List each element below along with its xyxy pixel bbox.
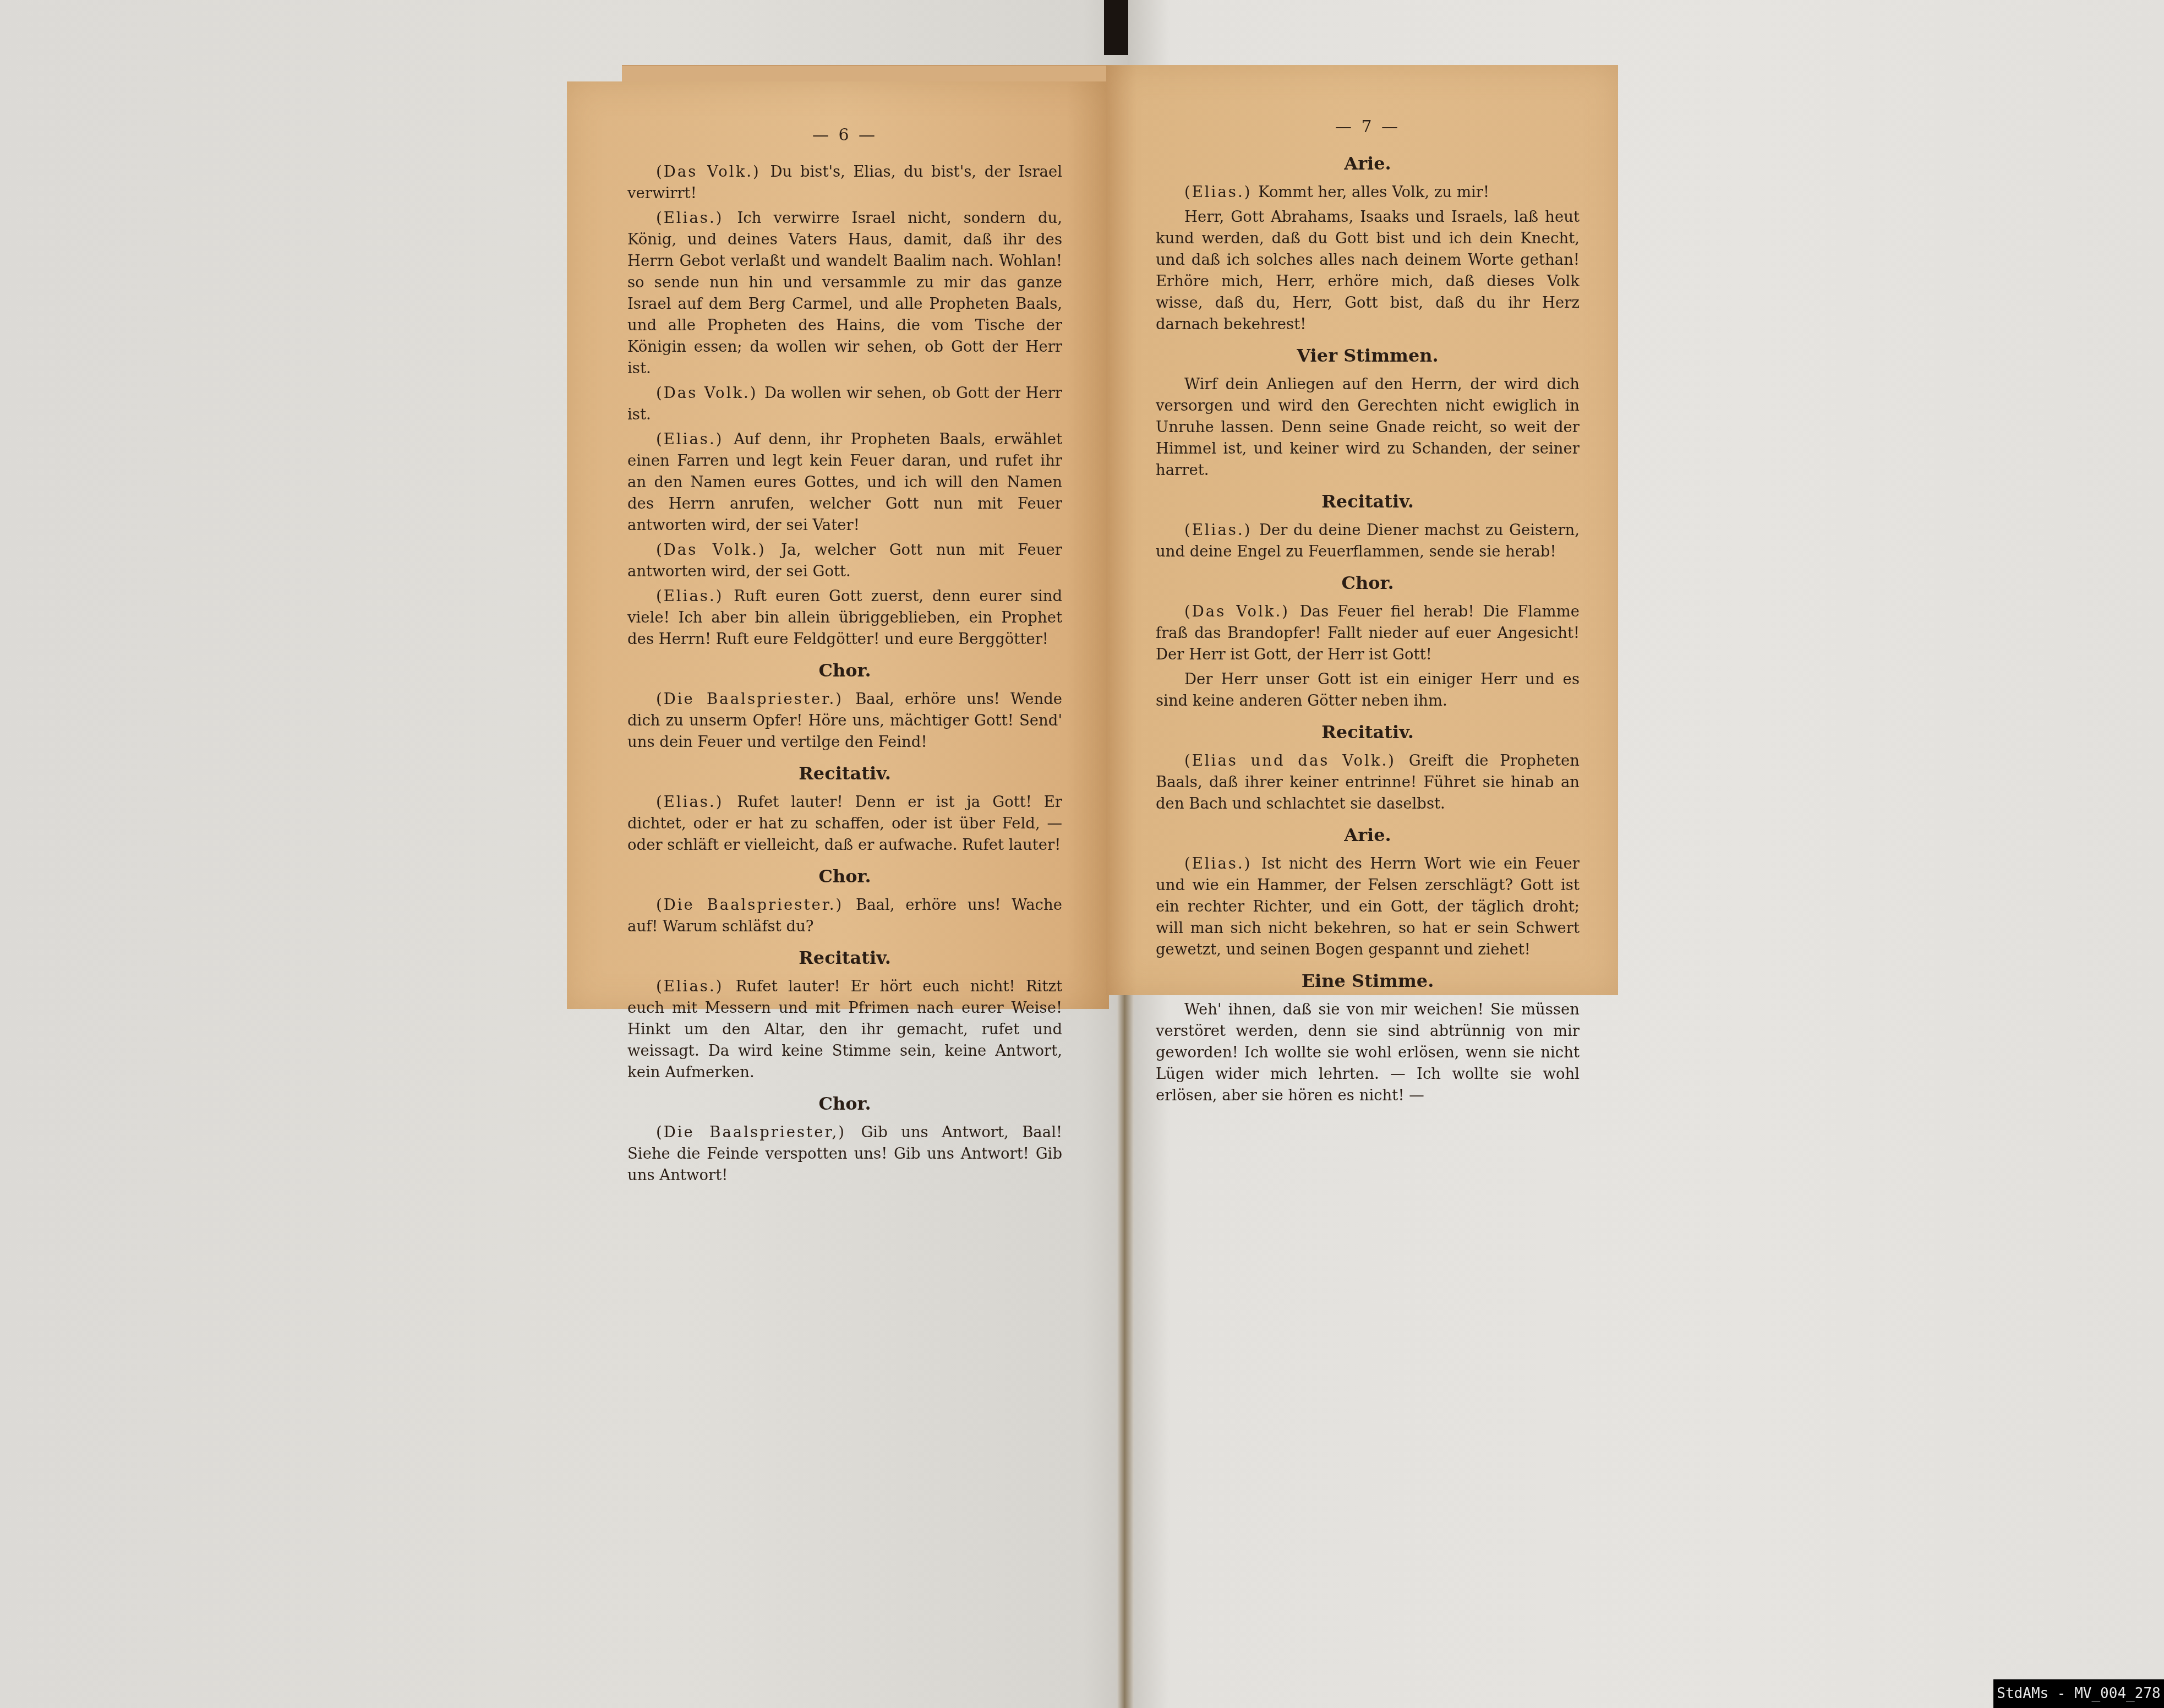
section-heading: Chor. bbox=[627, 660, 1062, 681]
section-heading: Arie. bbox=[1156, 153, 1580, 174]
paragraph-text: Der Herr unser Gott ist ein einiger Herr… bbox=[1156, 670, 1580, 710]
speaker-label: (Das Volk.) bbox=[1184, 603, 1300, 620]
page-6-text-blocks: (Das Volk.) Du bist's, Elias, du bist's,… bbox=[627, 161, 1062, 1186]
libretto-paragraph: (Die Baalspriester,) Gib uns Antwort, Ba… bbox=[627, 1122, 1062, 1186]
libretto-paragraph: Wirf dein Anliegen auf den Herrn, der wi… bbox=[1156, 374, 1580, 481]
section-heading: Chor. bbox=[627, 1093, 1062, 1114]
libretto-paragraph: (Elias.) Auf denn, ihr Propheten Baals, … bbox=[627, 429, 1062, 536]
page-number: — 7 — bbox=[1156, 117, 1580, 137]
libretto-paragraph: (Die Baalspriester.) Baal, erhöre uns! W… bbox=[627, 894, 1062, 937]
libretto-paragraph: (Das Volk.) Da wollen wir sehen, ob Gott… bbox=[627, 383, 1062, 425]
page-7-text-blocks: Arie.(Elias.) Kommt her, alles Volk, zu … bbox=[1156, 153, 1580, 1106]
speaker-label: (Elias.) bbox=[1184, 521, 1259, 539]
speaker-label: (Die Baalspriester,) bbox=[656, 1123, 861, 1141]
paragraph-text: Weh' ihnen, daß sie von mir weichen! Sie… bbox=[1156, 1001, 1580, 1104]
libretto-paragraph: (Elias.) Rufet lauter! Er hört euch nich… bbox=[627, 976, 1062, 1083]
section-heading: Chor. bbox=[627, 866, 1062, 887]
page-number: — 6 — bbox=[627, 125, 1062, 145]
speaker-label: (Elias.) bbox=[656, 793, 737, 811]
speaker-label: (Die Baalspriester.) bbox=[656, 690, 855, 708]
section-heading: Vier Stimmen. bbox=[1156, 345, 1580, 366]
section-heading: Recitativ. bbox=[1156, 491, 1580, 512]
section-heading: Chor. bbox=[1156, 572, 1580, 593]
speaker-label: (Das Volk.) bbox=[656, 384, 764, 402]
speaker-label: (Elias.) bbox=[656, 209, 737, 227]
pamphlet-page-7: — 7 — Arie.(Elias.) Kommt her, alles Vol… bbox=[1106, 65, 1618, 995]
libretto-paragraph: (Elias und das Volk.) Greift die Prophet… bbox=[1156, 750, 1580, 815]
speaker-label: (Elias.) bbox=[1184, 855, 1261, 872]
libretto-paragraph: (Das Volk.) Das Feuer fiel herab! Die Fl… bbox=[1156, 601, 1580, 665]
archive-label: StdAMs - MV_004_278 bbox=[1993, 1679, 2164, 1708]
speaker-label: (Elias.) bbox=[656, 587, 734, 605]
section-heading: Eine Stimme. bbox=[1156, 970, 1580, 991]
page-6-content: — 6 — (Das Volk.) Du bist's, Elias, du b… bbox=[627, 125, 1062, 1189]
speaker-label: (Elias und das Volk.) bbox=[1184, 752, 1409, 770]
section-heading: Recitativ. bbox=[627, 947, 1062, 968]
section-heading: Arie. bbox=[1156, 825, 1580, 845]
libretto-paragraph: (Elias.) Ich verwirre Israel nicht, sond… bbox=[627, 208, 1062, 379]
libretto-paragraph: (Das Volk.) Ja, welcher Gott nun mit Feu… bbox=[627, 539, 1062, 582]
libretto-paragraph: (Elias.) Rufet lauter! Denn er ist ja Go… bbox=[627, 792, 1062, 856]
section-heading: Recitativ. bbox=[1156, 722, 1580, 743]
libretto-paragraph: Weh' ihnen, daß sie von mir weichen! Sie… bbox=[1156, 999, 1580, 1106]
libretto-paragraph: Der Herr unser Gott ist ein einiger Herr… bbox=[1156, 669, 1580, 712]
paragraph-text: Ich verwirre Israel nicht, sondern du, K… bbox=[627, 209, 1062, 377]
spine-slot bbox=[1104, 0, 1128, 55]
page-7-content: — 7 — Arie.(Elias.) Kommt her, alles Vol… bbox=[1156, 117, 1580, 1110]
libretto-paragraph: (Elias.) Ruft euren Gott zuerst, denn eu… bbox=[627, 586, 1062, 650]
paragraph-text: Wirf dein Anliegen auf den Herrn, der wi… bbox=[1156, 375, 1580, 479]
speaker-label: (Die Baalspriester.) bbox=[656, 896, 856, 914]
speaker-label: (Elias.) bbox=[1184, 183, 1258, 201]
section-heading: Recitativ. bbox=[627, 763, 1062, 784]
libretto-paragraph: (Elias.) Der du deine Diener machst zu G… bbox=[1156, 520, 1580, 563]
paragraph-text: Herr, Gott Abrahams, Isaaks und Israels,… bbox=[1156, 208, 1580, 333]
speaker-label: (Elias.) bbox=[656, 430, 734, 448]
speaker-label: (Elias.) bbox=[656, 978, 736, 995]
libretto-paragraph: (Elias.) Kommt her, alles Volk, zu mir! bbox=[1156, 182, 1580, 203]
libretto-paragraph: (Die Baalspriester.) Baal, erhöre uns! W… bbox=[627, 689, 1062, 753]
libretto-paragraph: (Elias.) Ist nicht des Herrn Wort wie ei… bbox=[1156, 853, 1580, 961]
speaker-label: (Das Volk.) bbox=[656, 541, 781, 559]
libretto-paragraph: Herr, Gott Abrahams, Isaaks und Israels,… bbox=[1156, 206, 1580, 335]
speaker-label: (Das Volk.) bbox=[656, 163, 770, 181]
paragraph-text: Kommt her, alles Volk, zu mir! bbox=[1258, 183, 1489, 201]
libretto-paragraph: (Das Volk.) Du bist's, Elias, du bist's,… bbox=[627, 161, 1062, 204]
album-center-fold bbox=[1117, 980, 1134, 1708]
pamphlet-page-6: — 6 — (Das Volk.) Du bist's, Elias, du b… bbox=[567, 81, 1109, 1009]
